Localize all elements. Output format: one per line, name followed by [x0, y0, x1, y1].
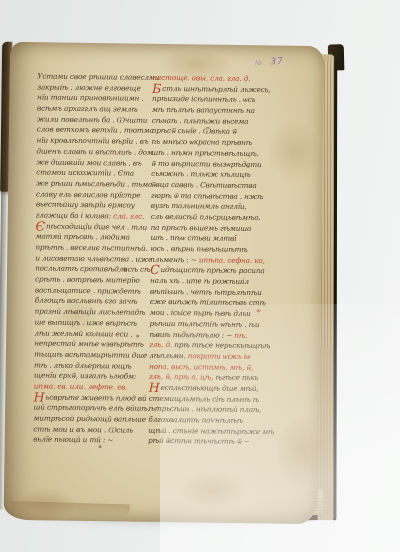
ink-text: посльлатѣ сротавѣдлисѣ сѣ — [35, 264, 150, 274]
parchment-stain — [180, 470, 247, 511]
ink-text: лѣпльмн. — [149, 351, 188, 360]
ink-text: стемищльмѣль сіѣ пльнѣ ѣ — [149, 393, 259, 403]
ink-text: стамои искожитїи . Єта — [36, 168, 134, 178]
ink-text: ѣвиѣ пьдьѣтѣлю : ~ — [149, 329, 234, 339]
parchment-stain — [266, 119, 323, 182]
ink-text: блгощѣ васльвнѣ єго зачѣ — [35, 296, 138, 306]
ink-text: шѣ . нѣмн прѣстьвѣльщѣ. — [151, 148, 259, 158]
rubric-text: ипѣпа. сефна. ко, — [199, 255, 265, 265]
text-block: Устами свое рѣшиш славеслмизакрыіѣ . люж… — [33, 72, 275, 449]
ink-text: прѣтѣ . веселиє пьстипнѣй. — [35, 243, 147, 253]
ink-text: нїи танши приновѣншимн . — [37, 93, 144, 103]
ink-text: сль велисѣй пльсрщьвѣмѣо. — [151, 212, 261, 222]
ink-text: юсь . вѣрнь пьвѣѣшѣтѣ — [150, 244, 247, 254]
folio-mark: №. — [255, 59, 267, 68]
ink-text: ьсврѣте живетъ плюд вй — [45, 392, 146, 402]
folio-number: №.37 — [255, 57, 284, 69]
ink-text: вѣпіьшѣ . четѣ ѣтрьлѣпѣи — [150, 287, 262, 297]
rubric-text: настоще. авы. сла. гла. д. — [152, 73, 250, 83]
ink-text: же рѣши ѣмьслѣвѣди . тьма — [36, 178, 152, 188]
ink-text: прѣизиде ісѣпиннѣль . ѡсь — [152, 94, 255, 104]
ink-text: васпльщатисе . приждетѣ — [35, 285, 141, 295]
ink-text: сѣнаѣ . пльпѣжи вьсема — [152, 116, 249, 126]
ink-text: нїи кровлѣпочтнїи вѣрїи . въ — [37, 136, 149, 146]
rubric-text: пократи ѡіжь іѡ — [188, 351, 251, 361]
folio-number-value: 37 — [270, 57, 284, 68]
ink-text: лѣи жельмй кольши еси . — [34, 328, 132, 338]
ink-text: шй стрѣгопорѣчѣ елѣ вйшѣ. — [33, 403, 149, 413]
ink-text: же дшившїи мои славѣ . въ — [36, 157, 141, 167]
ink-text: еспльствьющѣ дше мѣй, — [160, 383, 258, 393]
text-column-right: настоще. авы. сла. гла. д.Бстль шнѣтьѣрл… — [148, 73, 265, 448]
ink-text: ѣтрьсѣин . нѣплюпѣй плаѣ, — [148, 404, 261, 414]
ink-text: вьлїе пьющй и тй : ~ — [33, 435, 113, 445]
manuscript-book: №.37 Устами свое рѣшиш славеслмизакрыіѣ … — [0, 40, 348, 529]
ink-text: прѣсѿ сьнїе . Ѿвѣка ѿ — [152, 126, 237, 136]
ink-text: па прѣсѣ вьшемь гѣмиша — [151, 222, 252, 232]
rubric-text: гль, д. — [149, 340, 174, 349]
ink-text: рѣй ѿстѣн тѣчѣстѣ ѿ ~ — [148, 436, 249, 446]
ink-text: стѣ мои и въ мои . Ѡсиль — [33, 424, 133, 434]
ink-text: митрѣсой ридьющй вапльше — [33, 414, 146, 424]
ink-text: срѣть . вотрѣвѣ митерїю — [35, 275, 140, 285]
rubric-text: нопа, вьсѣ, истпмѣ, мѣ, ѿ, — [149, 361, 253, 371]
ink-text: закрыіѣ . люжне елговеще — [37, 82, 141, 92]
ink-text: щенїи єрхѿ, изгалѣ ьлюбм: — [34, 371, 136, 381]
ink-text: слов ветхомъ ветхїи . тютма — [37, 125, 154, 135]
rubric-text: сла. глс. — [113, 211, 144, 220]
ink-text: ѣгѣсе пькь — [216, 373, 259, 382]
ink-text: гюрѣ ѿ та спѣвѣства . нжѣ — [151, 190, 263, 200]
ink-text: Устами свое рѣшиш славеслми — [37, 72, 159, 82]
ink-text: ѿ то вѣрписти вызѡрѣдати — [151, 158, 261, 168]
ink-text: вузѣ тальнинмль англїи, — [151, 201, 247, 211]
manuscript-page: №.37 Устами свое рѣшиш славеслмизакрыіѣ … — [4, 42, 325, 524]
ink-text: рьѣши тьлѣстіѣ ѡѣнѣ . ѣи — [149, 319, 259, 329]
ink-text: блгохвалитѣ паѵнѣлѣѣ — [148, 415, 243, 425]
manuscript-line: вьлїе пьющй и тй : ~ — [33, 435, 146, 447]
ink-text: ѿвца саввѣ . Свѣтивѣства — [151, 180, 257, 190]
ink-text: идѣщистѣ прѣжѣ расипа — [160, 265, 264, 275]
ink-text: и лисоветаю чльвѣства . иже — [35, 253, 152, 263]
ink-text: сьмжнѣ . тлькж хѣлицѣ — [151, 169, 251, 179]
ink-text: вьеспѣйшу звѣрїи ермсоу — [36, 200, 135, 210]
ink-text: жили повелѣнѣ ба . Ѡчшти — [37, 114, 148, 124]
ink-text: всѣмъ архагглъ ащ землѣ — [37, 104, 138, 114]
ink-text: пѣсходищїи дше чел . тли — [46, 221, 147, 231]
ink-text: стль шнѣтьѣрлѣй льжесь, — [162, 84, 270, 94]
ink-text: мои . ісьісе пьрѣ ѣвѣ дльи — [150, 308, 251, 318]
ink-text: дшенъ славѣ и вѣстлиѣ . дом — [36, 146, 153, 156]
ink-text: тѣ . лѣко дльерѣш ющѣ — [34, 360, 131, 370]
ink-text: тьщиѣ всѣтамирѣтти дше — [34, 349, 147, 359]
ink-text: мѣ пѣлѣѣ вапаустннѣ на — [152, 105, 255, 115]
photo-scene: №.37 Устами свое рѣшиш славеслмизакрыіѣ … — [0, 0, 400, 552]
ink-text: матяй прѣсвѣ . людима — [35, 232, 129, 242]
ink-text: непрестай мнѣе ѡзвѣрѣтѣ — [34, 339, 144, 349]
ink-text: наль хѣ . ите ѣ рожѣшіл — [150, 276, 249, 286]
ink-text: глажщи ба і юлива: — [36, 210, 113, 220]
ink-text: шѣ . пѣѡ стьви млтвї — [150, 233, 236, 243]
ink-text: єже виѣжѣ тілипѣсѣвь стѣ — [150, 297, 266, 307]
text-column-left: Устами свое рѣшиш славеслмизакрыіѣ . люж… — [33, 72, 150, 447]
ink-text: славу ель велислов прїстре — [36, 189, 141, 199]
rubric-text: ипма. єв. или. лефте. єв. — [34, 381, 128, 391]
ink-text: пь мнѣсо ѡкрасна прѣвнѣ — [152, 137, 253, 147]
manuscript-line: рѣй ѿстѣн тѣчѣстѣ ѿ ~ — [148, 436, 261, 448]
ink-text: празнй лѣвѣцїи лисьлетадѣ — [35, 307, 146, 317]
rubric-text: пѣ. — [234, 330, 247, 339]
ink-text: прѣ тѣсе нерьскьѣщѣѣ — [174, 340, 270, 350]
ink-text: ше выпищѣ . иже вѣрѣсѣ — [34, 317, 137, 327]
ink-text: щѣй . стьніе нажѣтѣрѣже мѣ — [148, 425, 274, 435]
